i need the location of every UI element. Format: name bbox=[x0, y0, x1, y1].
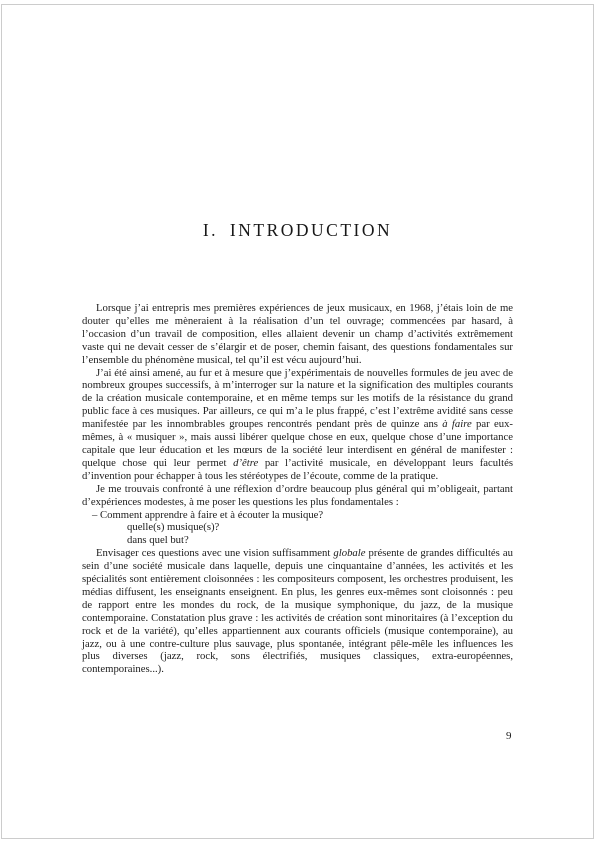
text-segment: quelle(s) musique(s)? bbox=[127, 521, 219, 533]
paragraph: J’ai été ainsi amené, au fur et à mesure… bbox=[82, 367, 513, 483]
text-segment: dans quel but? bbox=[127, 534, 189, 546]
text-segment: Je me trouvais confronté à une réflexion… bbox=[82, 483, 513, 508]
body-text: Lorsque j’ai entrepris mes premières exp… bbox=[82, 302, 513, 676]
page-number: 9 bbox=[506, 730, 512, 742]
paragraph: Envisager ces questions avec une vision … bbox=[82, 547, 513, 676]
italic-text: globale bbox=[333, 547, 365, 559]
list-item: dans quel but? bbox=[82, 534, 513, 547]
italic-text: à faire bbox=[442, 418, 471, 430]
scanned-book-page: { "page": { "title": "I. INTRODUCTION", … bbox=[0, 0, 595, 842]
text-segment: Envisager ces questions avec une vision … bbox=[96, 547, 333, 559]
text-segment: Lorsque j’ai entrepris mes premières exp… bbox=[82, 302, 513, 366]
list-item: – Comment apprendre à faire et à écouter… bbox=[82, 509, 513, 522]
chapter-title: I. INTRODUCTION bbox=[0, 220, 595, 241]
paragraph: Lorsque j’ai entrepris mes premières exp… bbox=[82, 302, 513, 367]
list-item: quelle(s) musique(s)? bbox=[82, 521, 513, 534]
italic-text: d’être bbox=[233, 457, 258, 469]
text-segment: présente de grandes difficultés au sein … bbox=[82, 547, 513, 675]
text-segment: – Comment apprendre à faire et à écouter… bbox=[92, 509, 323, 521]
paragraph: Je me trouvais confronté à une réflexion… bbox=[82, 483, 513, 509]
